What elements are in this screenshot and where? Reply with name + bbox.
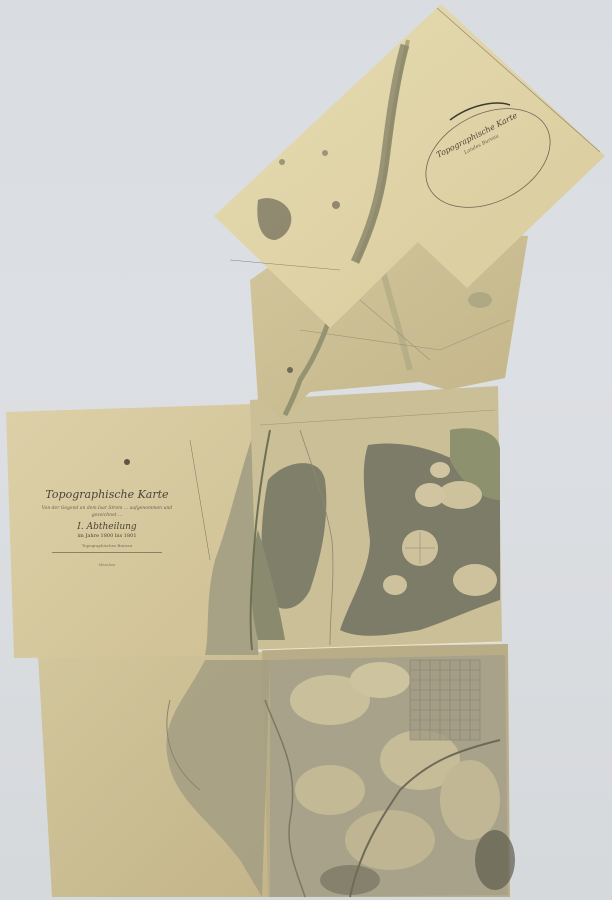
map-subtitle: Von der Gegend an dem Isar Strom ... auf… bbox=[32, 505, 182, 519]
title-divider bbox=[52, 552, 162, 553]
right-forest-sheet bbox=[250, 386, 502, 650]
map-title: Topographische Karte bbox=[32, 488, 182, 501]
map-photograph: Topographische Karte Von der Gegend an d… bbox=[0, 0, 612, 900]
map-title-block: Topographische Karte Von der Gegend an d… bbox=[32, 488, 182, 567]
map-footer: München bbox=[32, 563, 182, 567]
map-author: Topographisches Bureau bbox=[32, 543, 182, 548]
map-part: I. Abtheilung bbox=[32, 522, 182, 532]
map-years: im Jahre 1800 bis 1801 bbox=[32, 533, 182, 539]
